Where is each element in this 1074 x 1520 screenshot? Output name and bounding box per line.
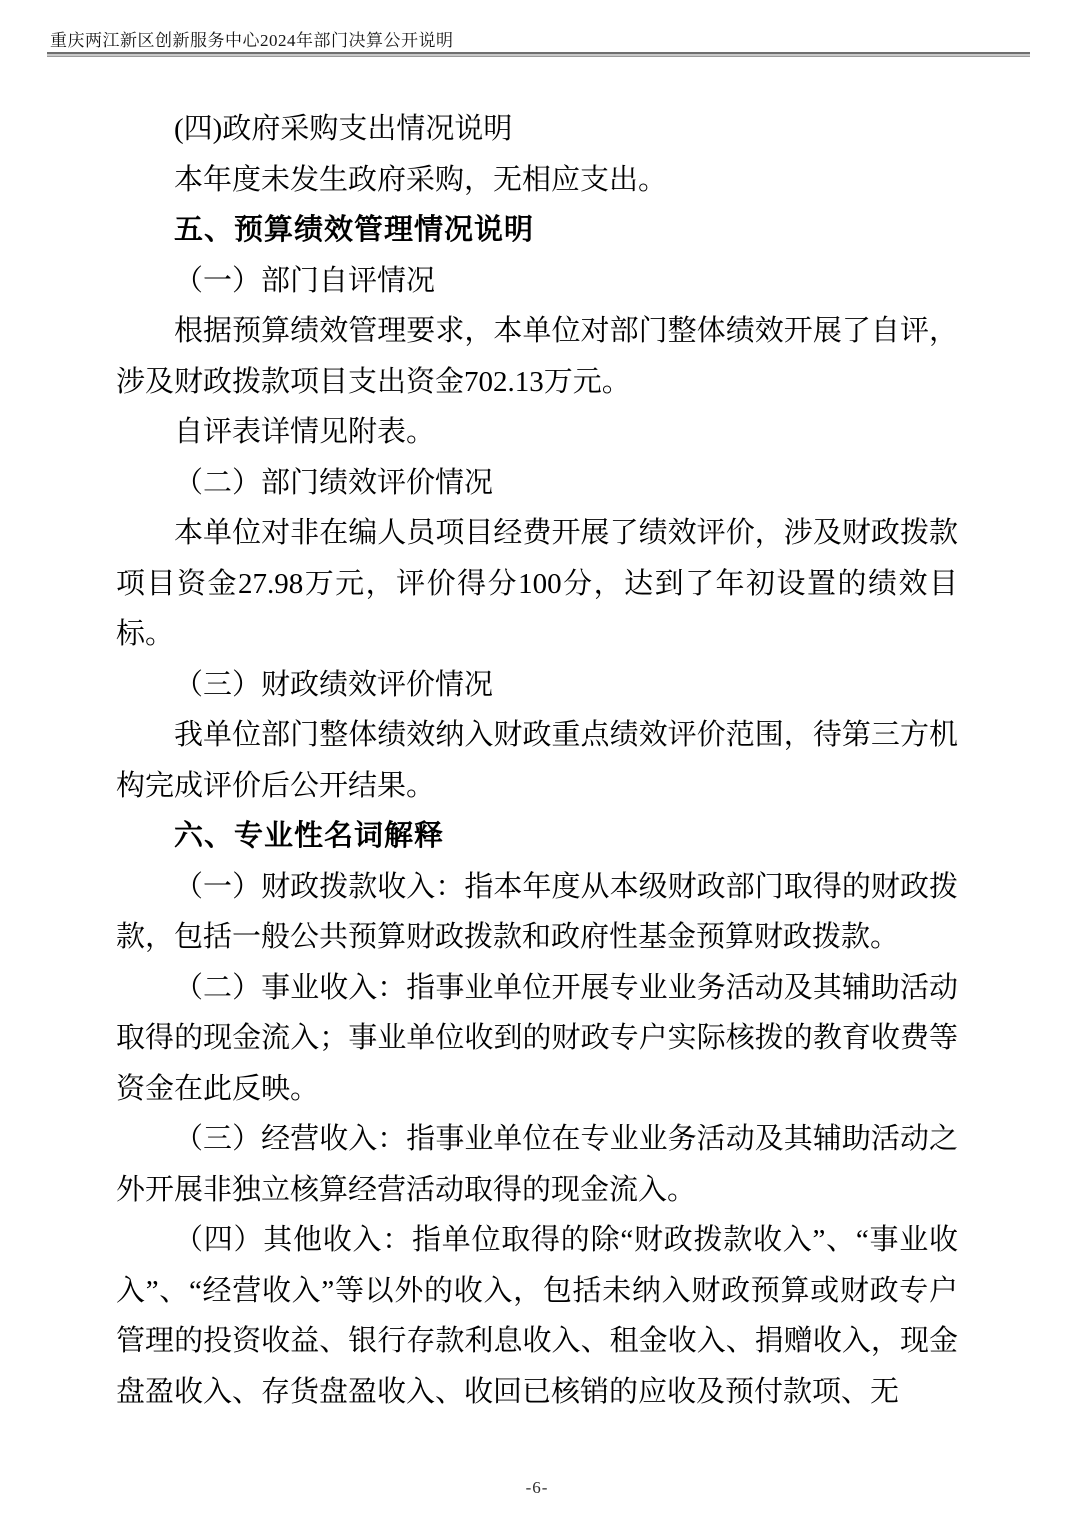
- paragraph: （一）财政拨款收入：指本年度从本级财政部门取得的财政拨款，包括一般公共预算财政拨…: [116, 862, 958, 963]
- paragraph: 本年度未发生政府采购，无相应支出。: [116, 155, 958, 206]
- document-body: (四)政府采购支出情况说明本年度未发生政府采购，无相应支出。五、预算绩效管理情况…: [116, 104, 958, 1417]
- paragraph: 本单位对非在编人员项目经费开展了绩效评价，涉及财政拨款项目资金27.98万元，评…: [116, 508, 958, 660]
- subsection-heading: （一）部门自评情况: [116, 256, 958, 307]
- subsection-heading: （二）部门绩效评价情况: [116, 458, 958, 509]
- subsection-heading: (四)政府采购支出情况说明: [116, 104, 958, 155]
- page-number: -6-: [526, 1478, 549, 1498]
- section-heading: 五、预算绩效管理情况说明: [116, 205, 958, 256]
- subsection-heading: （三）财政绩效评价情况: [116, 660, 958, 711]
- paragraph: 根据预算绩效管理要求，本单位对部门整体绩效开展了自评，涉及财政拨款项目支出资金7…: [116, 306, 958, 407]
- paragraph: （三）经营收入：指事业单位在专业业务活动及其辅助活动之外开展非独立核算经营活动取…: [116, 1114, 958, 1215]
- paragraph: （二）事业收入：指事业单位开展专业业务活动及其辅助活动取得的现金流入；事业单位收…: [116, 963, 958, 1115]
- section-heading: 六、专业性名词解释: [116, 811, 958, 862]
- header-rule: [47, 52, 1030, 57]
- paragraph: 自评表详情见附表。: [116, 407, 958, 458]
- page-footer: -6-: [0, 1478, 1074, 1498]
- paragraph: 我单位部门整体绩效纳入财政重点绩效评价范围，待第三方机构完成评价后公开结果。: [116, 710, 958, 811]
- header-title: 重庆两江新区创新服务中心2024年部门决算公开说明: [50, 26, 454, 51]
- document-page: 重庆两江新区创新服务中心2024年部门决算公开说明 (四)政府采购支出情况说明本…: [0, 0, 1074, 1520]
- paragraph: （四）其他收入：指单位取得的除“财政拨款收入”、“事业收入”、“经营收入”等以外…: [116, 1215, 958, 1417]
